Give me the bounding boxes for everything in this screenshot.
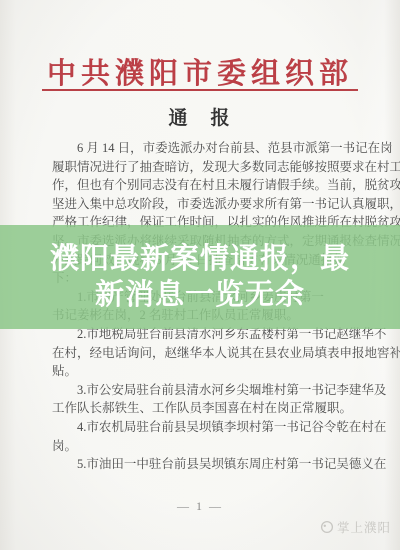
body-line: 作，但也有个别同志没有在村且未履行请假手续。当前，脱贫攻 <box>52 176 366 195</box>
doc-title: 通 报 <box>0 103 400 130</box>
body-line: 6 月 14 日，市委选派办对台前县、范县市派第一书记在岗 <box>52 139 366 158</box>
body-line: 坚进入集中总攻阶段，市委选派办要求所有第一书记认真履职， <box>52 195 366 214</box>
body-line: 履职情况进行了抽查暗访，发现大多数同志能够按照要求在村工 <box>52 158 366 177</box>
headline-overlay-band: 濮阳最新案情通报，最 新消息一览无余 <box>0 225 400 329</box>
page-number: — 1 — <box>0 499 400 514</box>
body-line: 5.市油田一中驻台前县吴坝镇东周庄村第一书记吴德义在 <box>52 455 366 474</box>
body-line: 岗。 <box>52 437 366 456</box>
body-line: 贴。 <box>52 362 366 381</box>
body-line: 工作队长郝铁生、工作队员李国喜在村在岗正常履职。 <box>52 399 366 418</box>
document-photo: 中共濮阳市委组织部 通 报 6 月 14 日，市委选派办对台前县、范县市派第一书… <box>0 0 400 550</box>
red-divider-line <box>42 89 358 91</box>
watermark: 掌上濮阳 <box>320 518 391 536</box>
zhangshang-puyang-logo-icon <box>320 520 334 534</box>
body-line: 4.市农机局驻台前县吴坝镇李坝村第一书记谷令乾在村在 <box>52 418 366 437</box>
headline-title-line1: 濮阳最新案情通报，最 <box>50 241 350 277</box>
org-header-title: 中共濮阳市委组织部 <box>0 51 400 92</box>
body-line: 3.市公安局驻台前县清水河乡尖堌堆村第一书记李建华及 <box>52 381 366 400</box>
watermark-text: 掌上濮阳 <box>337 518 391 536</box>
headline-title-line2: 新消息一览无余 <box>95 277 305 313</box>
body-line: 在村，经电话询问，赵继华本人说其在县农业局填表申报地窖补 <box>52 344 366 363</box>
